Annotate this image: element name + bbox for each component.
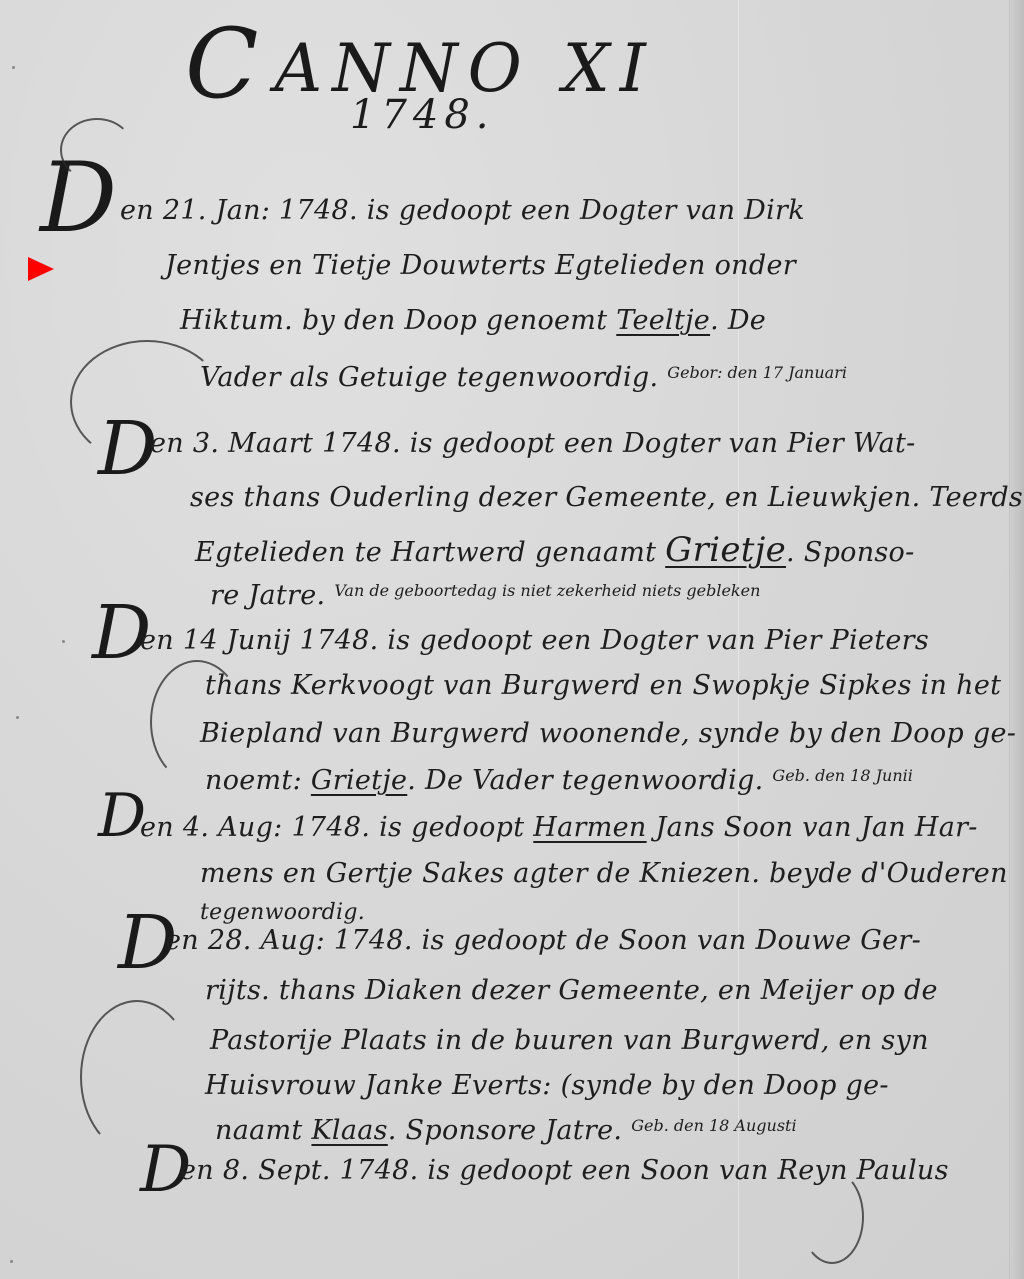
entry-line: thans Kerkvoogt van Burgwerd en Swopkje … xyxy=(205,670,1001,701)
entry-line: en 21. Jan: 1748. is gedoopt een Dogter … xyxy=(120,195,805,226)
scanned-register-page: CANNO XI 1748. D en 21. Jan: 1748. is ge… xyxy=(0,0,1024,1279)
entry-line: rijts. thans Diaken dezer Gemeente, en M… xyxy=(205,975,938,1006)
entry-line: Pastorije Plaats in de buuren van Burgwe… xyxy=(210,1025,929,1056)
baptized-name: Harmen xyxy=(533,812,646,843)
paper-speck xyxy=(16,716,19,719)
entry-line: en 14 Junij 1748. is gedoopt een Dogter … xyxy=(140,625,929,656)
entry-line: noemt: Grietje. De Vader tegenwoordig. G… xyxy=(205,765,913,796)
baptized-name: Grietje xyxy=(311,765,407,796)
flourish xyxy=(80,1000,194,1154)
entry-line: Biepland van Burgwerd woonende, synde by… xyxy=(200,718,1016,749)
entry-line: en 28. Aug: 1748. is gedoopt de Soon van… xyxy=(165,925,921,956)
entry-line: ses thans Ouderling dezer Gemeente, en L… xyxy=(190,482,1023,513)
entry-line: Hiktum. by den Doop genoemt Teeltje. De xyxy=(180,305,766,336)
title-flourish: C xyxy=(185,8,268,120)
baptized-name: Teeltje xyxy=(616,305,710,336)
entry-initial: D xyxy=(98,412,157,486)
red-triangle-pointer-icon xyxy=(28,257,54,281)
birth-note: Gebor: den 17 Januari xyxy=(667,363,847,382)
paper-speck xyxy=(10,1260,13,1263)
entry-line: naamt Klaas. Sponsore Jatre. Geb. den 18… xyxy=(215,1115,797,1146)
entry-line: en 4. Aug: 1748. is gedoopt Harmen Jans … xyxy=(140,812,978,843)
entry-line: re Jatre. Van de geboortedag is niet zek… xyxy=(210,580,760,611)
flourish xyxy=(800,1170,864,1264)
baptized-name: Grietje xyxy=(665,530,786,570)
entry-initial: D xyxy=(98,786,146,846)
baptized-name: Klaas xyxy=(311,1115,387,1146)
flourish xyxy=(60,118,134,182)
entry-line: mens en Gertje Sakes agter de Kniezen. b… xyxy=(200,858,1008,889)
entry-line: Huisvrouw Janke Everts: (synde by den Do… xyxy=(205,1070,889,1101)
paper-speck xyxy=(62,640,65,643)
paper-speck xyxy=(12,66,15,69)
entry-line: Egtelieden te Hartwerd genaamt Grietje. … xyxy=(195,530,915,570)
entry-line: Jentjes en Tietje Douwterts Egtelieden o… xyxy=(165,250,796,281)
entry-line: en 3. Maart 1748. is gedoopt een Dogter … xyxy=(150,428,916,459)
entry-line: tegenwoordig. xyxy=(200,900,365,925)
page-year: 1748. xyxy=(350,92,495,138)
birth-note: Geb. den 18 Augusti xyxy=(631,1116,796,1135)
entry-line: Vader als Getuige tegenwoordig. Gebor: d… xyxy=(200,362,847,393)
birth-note: Geb. den 18 Junii xyxy=(772,766,912,785)
page-edge-shadow xyxy=(1009,0,1024,1279)
birth-note: Van de geboortedag is niet zekerheid nie… xyxy=(334,581,760,600)
